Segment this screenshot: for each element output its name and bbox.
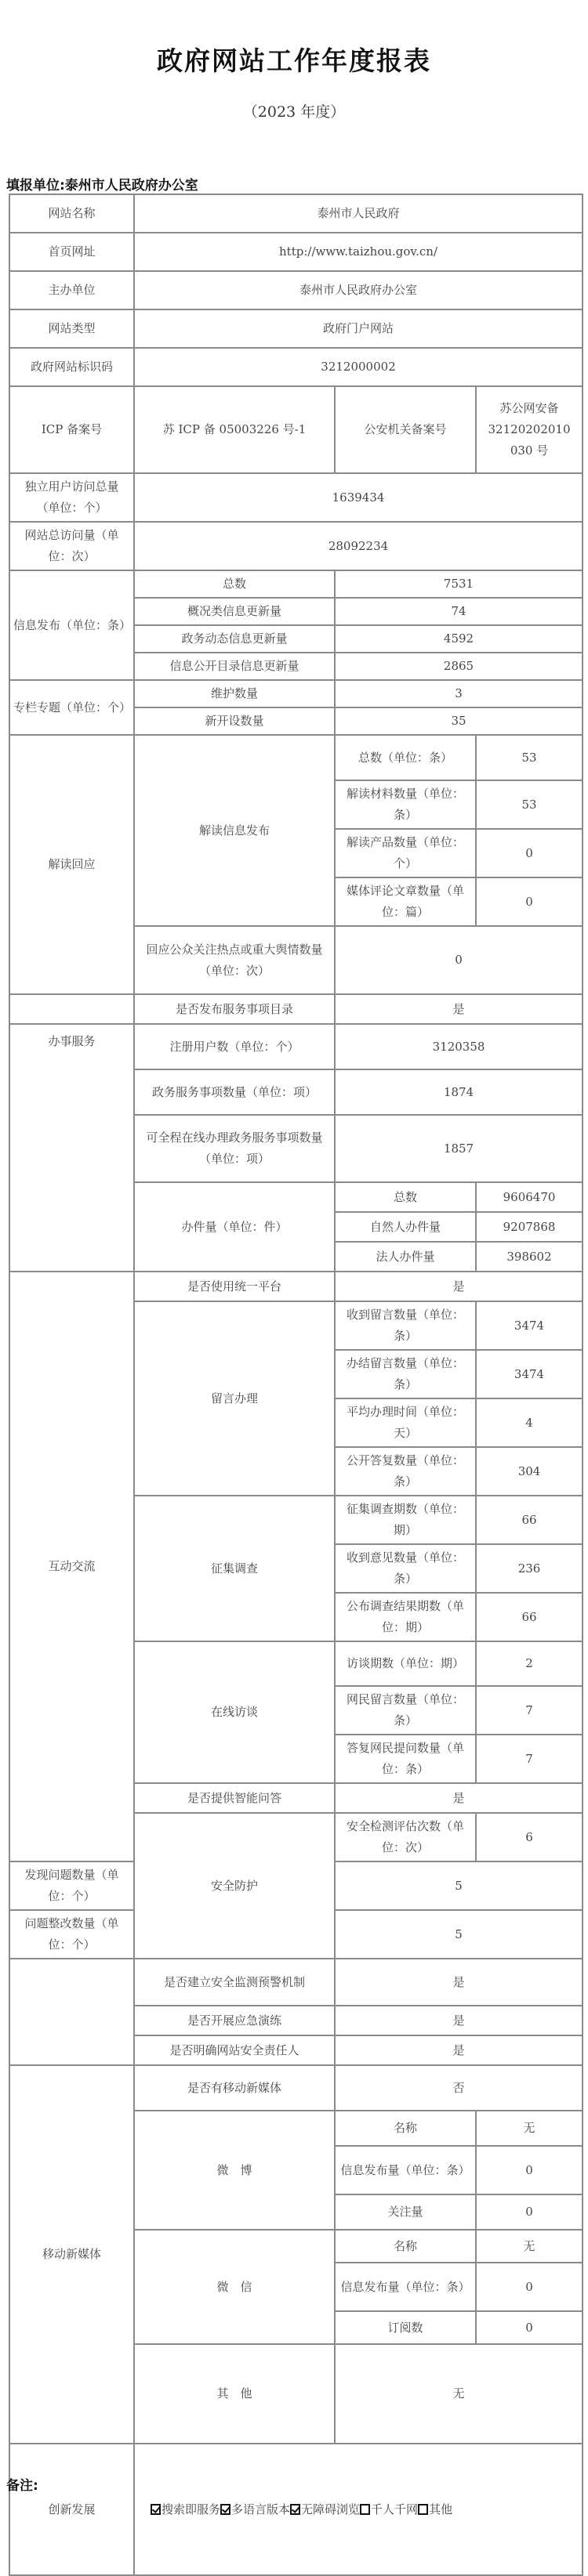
- row-media-has: 移动新媒体 是否有移动新媒体 否: [9, 2065, 583, 2111]
- label: 解读产品数量（单位：个）: [335, 829, 476, 877]
- checkbox-checked-icon[interactable]: [220, 2504, 230, 2515]
- label: 发现问题数量（单位：个）: [9, 1861, 134, 1910]
- label: 解读材料数量（单位：条）: [335, 780, 476, 829]
- label: 收到留言数量（单位：条）: [335, 1301, 476, 1350]
- row-pv: 网站总访问量（单位：次） 28092234: [9, 522, 583, 570]
- section-info-publish: 信息发布（单位：条）: [9, 570, 134, 680]
- row-icp: ICP 备案号 苏 ICP 备 05003226 号-1 公安机关备案号 苏公网…: [9, 386, 583, 473]
- row-code: 政府网站标识码 3212000002: [9, 348, 583, 386]
- value: 74: [335, 598, 583, 625]
- row-interpret: 解读回应 解读信息发布 总数（单位：条） 53: [9, 735, 583, 780]
- page-title: 政府网站工作年度报表: [0, 41, 588, 78]
- label: 名称: [335, 2230, 476, 2263]
- option-other[interactable]: 其他: [418, 2502, 452, 2516]
- row-homepage: 首页网址 http://www.taizhou.gov.cn/: [9, 233, 583, 271]
- label: 是否提供智能问答: [134, 1783, 335, 1813]
- row-security-extra: 是否建立安全监测预警机制 是: [9, 1959, 583, 2006]
- row-sponsor: 主办单位 泰州市人民政府办公室: [9, 271, 583, 309]
- sub-section-interpret: 解读信息发布: [134, 735, 335, 926]
- value: 0: [476, 829, 583, 877]
- label: 政务服务事项数量（单位：项）: [134, 1069, 335, 1115]
- label: 注册用户数（单位：个）: [134, 1024, 335, 1069]
- sub-section-interview: 在线访谈: [134, 1641, 335, 1783]
- checkbox-unchecked-icon[interactable]: [360, 2504, 370, 2515]
- label: 名称: [335, 2111, 476, 2146]
- label: 概况类信息更新量: [134, 598, 335, 625]
- section-column: 专栏专题（单位：个）: [9, 680, 134, 735]
- row-column: 专栏专题（单位：个） 维护数量 3: [9, 680, 583, 707]
- option-accessibility[interactable]: 无障碍浏览: [290, 2502, 360, 2516]
- value: 4: [476, 1398, 583, 1447]
- value: 53: [476, 735, 583, 780]
- value: 2: [476, 1641, 583, 1686]
- label: 征集调查期数（单位：期）: [335, 1496, 476, 1544]
- label: 其 他: [134, 2344, 335, 2444]
- value: 无: [476, 2111, 583, 2146]
- label: 主办单位: [9, 271, 134, 309]
- homepage-link[interactable]: http://www.taizhou.gov.cn/: [134, 233, 583, 271]
- value: 3: [335, 680, 583, 707]
- row-site-name: 网站名称 泰州市人民政府: [9, 194, 583, 233]
- value: 66: [476, 1593, 583, 1641]
- label: 总数（单位：条）: [335, 735, 476, 780]
- label: 关注量: [335, 2194, 476, 2230]
- value: 7: [476, 1686, 583, 1735]
- label: 总数: [335, 1182, 476, 1212]
- checkbox-checked-icon[interactable]: [290, 2504, 300, 2515]
- row-type: 网站类型 政府门户网站: [9, 309, 583, 348]
- section-media: 移动新媒体: [9, 2065, 134, 2444]
- label: 独立用户访问总量（单位：个）: [9, 473, 134, 522]
- row-uv: 独立用户访问总量（单位：个） 1639434: [9, 473, 583, 522]
- label: 访谈期数（单位：期）: [335, 1641, 476, 1686]
- value: 0: [335, 926, 583, 994]
- value: 0: [476, 2146, 583, 2194]
- value: 3474: [476, 1301, 583, 1350]
- value: 236: [476, 1544, 583, 1593]
- section-interaction: 互动交流: [9, 1272, 134, 1861]
- row-users: 办事服务 注册用户数（单位：个） 3120358: [9, 1024, 583, 1069]
- value: 0: [476, 2311, 583, 2344]
- label: 是否开展应急演练: [134, 2006, 335, 2035]
- label: 收到意见数量（单位：条）: [335, 1544, 476, 1593]
- value: 3120358: [335, 1024, 583, 1069]
- label: 办件量（单位：件）: [134, 1182, 335, 1272]
- row-innovation: 创新发展 搜索即服务多语言版本无障碍浏览千人千网其他: [9, 2444, 583, 2575]
- label: 政务动态信息更新量: [134, 625, 335, 653]
- remark-label: 备注:: [6, 2474, 38, 2494]
- empty: [9, 994, 134, 1024]
- label: 网站总访问量（单位：次）: [9, 522, 134, 570]
- value: 是: [335, 1272, 583, 1301]
- row-platform: 互动交流 是否使用统一平台 是: [9, 1272, 583, 1301]
- section-security: 安全防护: [134, 1813, 335, 1959]
- section-innovation: 创新发展: [9, 2444, 134, 2575]
- label: 公开答复数量（单位：条）: [335, 1447, 476, 1496]
- label: 信息发布量（单位：条）: [335, 2146, 476, 2194]
- label: 答复网民提问数量（单位：条）: [335, 1735, 476, 1783]
- label: 是否使用统一平台: [134, 1272, 335, 1301]
- label: 新开设数量: [134, 707, 335, 735]
- value: 0: [476, 2263, 583, 2311]
- option-search-service[interactable]: 搜索即服务: [151, 2502, 220, 2516]
- sub-section-weibo: 微 博: [134, 2111, 335, 2230]
- label: 是否明确网站安全责任人: [134, 2035, 335, 2065]
- value: 苏 ICP 备 05003226 号-1: [134, 386, 335, 473]
- label: 平均办理时间（单位：天）: [335, 1398, 476, 1447]
- label: 是否发布服务事项目录: [134, 994, 335, 1024]
- filler-unit: 填报单位:泰州市人民政府办公室: [6, 174, 198, 194]
- value: 无: [335, 2344, 583, 2444]
- option-personalized[interactable]: 千人千网: [360, 2502, 418, 2516]
- checkbox-checked-icon[interactable]: [151, 2504, 161, 2515]
- sub-section-msg: 留言办理: [134, 1301, 335, 1496]
- label: 公安机关备案号: [335, 386, 476, 473]
- value: 9207868: [476, 1212, 583, 1242]
- value: 4592: [335, 625, 583, 653]
- value: 398602: [476, 1242, 583, 1272]
- option-multilingual[interactable]: 多语言版本: [220, 2502, 290, 2516]
- section-interpret: 解读回应: [9, 735, 134, 994]
- value: 0: [476, 877, 583, 926]
- value: 否: [335, 2065, 583, 2111]
- value: 泰州市人民政府: [134, 194, 583, 233]
- row-info-total: 信息发布（单位：条） 总数 7531: [9, 570, 583, 598]
- value: 28092234: [134, 522, 583, 570]
- value: 1874: [335, 1069, 583, 1115]
- label: 维护数量: [134, 680, 335, 707]
- value: 304: [476, 1447, 583, 1496]
- value: 是: [335, 1783, 583, 1813]
- label: 自然人办件量: [335, 1212, 476, 1242]
- label: 回应公众关注热点或重大舆情数量（单位：次）: [134, 926, 335, 994]
- label: 信息发布量（单位：条）: [335, 2263, 476, 2311]
- value: 1639434: [134, 473, 583, 522]
- label: ICP 备案号: [9, 386, 134, 473]
- value: 66: [476, 1496, 583, 1544]
- value: 7531: [335, 570, 583, 598]
- label: 办结留言数量（单位：条）: [335, 1350, 476, 1398]
- label: 政府网站标识码: [9, 348, 134, 386]
- label: 安全检测评估次数（单位：次）: [335, 1813, 476, 1861]
- report-table: 网站名称 泰州市人民政府 首页网址 http://www.taizhou.gov…: [9, 194, 583, 2576]
- label: 首页网址: [9, 233, 134, 271]
- value: 7: [476, 1735, 583, 1783]
- empty: [9, 1959, 134, 2065]
- value: 53: [476, 780, 583, 829]
- label: 是否有移动新媒体: [134, 2065, 335, 2111]
- value: 5: [335, 1910, 583, 1959]
- label: 网民留言数量（单位：条）: [335, 1686, 476, 1735]
- label: 订阅数: [335, 2311, 476, 2344]
- value: 1857: [335, 1115, 583, 1182]
- label: 公布调查结果期数（单位：期）: [335, 1593, 476, 1641]
- label: 网站类型: [9, 309, 134, 348]
- value: 泰州市人民政府办公室: [134, 271, 583, 309]
- value: 3474: [476, 1350, 583, 1398]
- label: 法人办件量: [335, 1242, 476, 1272]
- value: 2865: [335, 653, 583, 680]
- value: 无: [476, 2230, 583, 2263]
- label: 信息公开目录信息更新量: [134, 653, 335, 680]
- value: 是: [335, 1959, 583, 2006]
- sub-section-wechat: 微 信: [134, 2230, 335, 2344]
- value: 35: [335, 707, 583, 735]
- value: 是: [335, 2035, 583, 2065]
- label: 可全程在线办理政务服务事项数量（单位：项）: [134, 1115, 335, 1182]
- value: 政府门户网站: [134, 309, 583, 348]
- label: 问题整改数量（单位：个）: [9, 1910, 134, 1959]
- checkbox-unchecked-icon[interactable]: [418, 2504, 428, 2515]
- value: 9606470: [476, 1182, 583, 1212]
- value: 是: [335, 994, 583, 1024]
- value: 是: [335, 2006, 583, 2035]
- row-catalog: 是否发布服务事项目录 是: [9, 994, 583, 1024]
- label: 媒体评论文章数量（单位：篇）: [335, 877, 476, 926]
- value: 6: [476, 1813, 583, 1861]
- label: 总数: [134, 570, 335, 598]
- report-year: （2023 年度）: [0, 100, 588, 121]
- value: 3212000002: [134, 348, 583, 386]
- value: 5: [335, 1861, 583, 1910]
- value: 0: [476, 2194, 583, 2230]
- innovation-options: 搜索即服务多语言版本无障碍浏览千人千网其他: [134, 2444, 583, 2575]
- section-service: 办事服务: [9, 1024, 134, 1272]
- label: 网站名称: [9, 194, 134, 233]
- value: 苏公网安备 32120202010 030 号: [476, 386, 583, 473]
- sub-section-survey: 征集调查: [134, 1496, 335, 1641]
- label: 是否建立安全监测预警机制: [134, 1959, 335, 2006]
